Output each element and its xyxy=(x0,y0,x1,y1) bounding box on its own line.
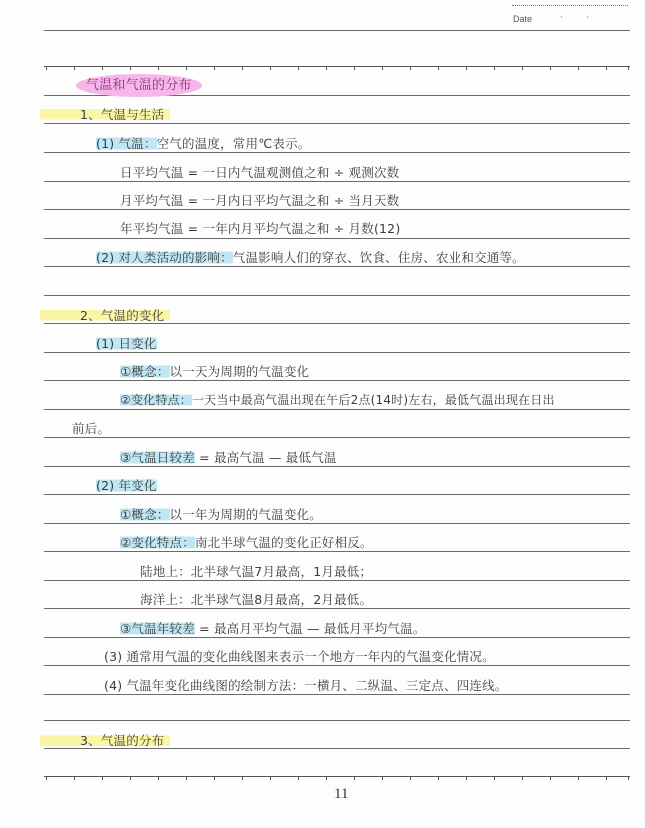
tick-marks xyxy=(44,776,630,780)
formula-text: 年平均气温 = 一年内月平均气温之和 ÷ 月数(12) xyxy=(120,221,400,236)
note-line: ①概念：以一年为周期的气温变化。 xyxy=(120,507,322,522)
rule-line xyxy=(44,720,630,721)
rule-line xyxy=(44,494,630,495)
note-line: (1) 气温：空气的温度，常用℃表示。 xyxy=(96,136,311,151)
note-text: = 最高气温 — 最低气温 xyxy=(195,450,337,465)
term-label: ②变化特点： xyxy=(120,393,192,407)
note-text: (3) 通常用气温的变化曲线图来表示一个地方一年内的气温变化情况。 xyxy=(104,649,495,664)
note-text: 一天当中最高气温出现在午后2点(14时)左右，最低气温出现在日出 xyxy=(192,393,555,407)
note-line: 陆地上：北半球气温7月最高，1月最低； xyxy=(140,564,372,579)
rule-line xyxy=(44,238,630,239)
note-text: = 最高月平均气温 — 最低月平均气温。 xyxy=(195,621,426,636)
note-text: (4) 气温年变化曲线图的绘制方法：一横月、二纵温、三定点、四连线。 xyxy=(104,678,507,693)
note-line: (2) 对人类活动的影响：气温影响人们的穿衣、饮食、住房、农业和交通等。 xyxy=(96,250,525,265)
rule-line xyxy=(44,266,630,267)
heading-text: 1、气温与生活 xyxy=(40,107,170,122)
note-text: 前后。 xyxy=(72,421,110,436)
note-text: 以一年为周期的气温变化。 xyxy=(170,507,322,522)
tick-marks xyxy=(44,66,630,70)
rule-line xyxy=(44,380,630,381)
note-text: 南北半球气温的变化正好相反。 xyxy=(195,535,373,550)
title-text: 气温和气温的分布 xyxy=(76,74,202,97)
rule-line xyxy=(44,523,630,524)
heading-text: 3、气温的分布 xyxy=(40,733,170,748)
rule-line xyxy=(44,694,630,695)
note-text: 气温影响人们的穿衣、饮食、住房、农业和交通等。 xyxy=(233,250,525,265)
rule-line xyxy=(44,181,630,182)
rule-line xyxy=(44,608,630,609)
term-label: ②变化特点： xyxy=(120,535,195,550)
date-separator: · xyxy=(560,13,563,23)
note-text: 陆地上：北半球气温7月最高，1月最低； xyxy=(140,564,372,579)
term-label: (1) 气温： xyxy=(96,136,157,151)
rule-line xyxy=(44,295,630,296)
note-line: (3) 通常用气温的变化曲线图来表示一个地方一年内的气温变化情况。 xyxy=(104,649,495,664)
rule-line xyxy=(44,437,630,438)
note-line: (4) 气温年变化曲线图的绘制方法：一横月、二纵温、三定点、四连线。 xyxy=(104,678,507,693)
note-line: ②变化特点：南北半球气温的变化正好相反。 xyxy=(120,535,373,550)
note-text: 以一天为周期的气温变化 xyxy=(170,364,310,379)
date-dotted-line xyxy=(512,5,628,6)
section-heading: 3、气温的分布 xyxy=(80,733,170,748)
note-line: ③气温日较差 = 最高气温 — 最低气温 xyxy=(120,450,337,465)
section-heading: 2、气温的变化 xyxy=(80,308,170,323)
rule-line xyxy=(44,30,630,31)
note-line: ②变化特点：一天当中最高气温出现在午后2点(14时)左右，最低气温出现在日出 xyxy=(120,393,555,408)
note-line: ③气温年较差 = 最高月平均气温 — 最低月平均气温。 xyxy=(120,621,426,636)
section-heading: 1、气温与生活 xyxy=(80,107,170,122)
rule-line xyxy=(44,323,630,324)
term-label: ③气温日较差 xyxy=(120,450,195,465)
rule-line xyxy=(44,352,630,353)
sub-heading-text: (1) 日变化 xyxy=(96,336,157,351)
rule-line xyxy=(44,209,630,210)
formula-text: 日平均气温 = 一日内气温观测值之和 ÷ 观测次数 xyxy=(120,165,399,180)
term-label: ①概念： xyxy=(120,364,170,379)
rule-line xyxy=(44,580,630,581)
rule-line xyxy=(44,409,630,410)
heading-text: 2、气温的变化 xyxy=(40,308,170,323)
sub-heading: (2) 年变化 xyxy=(96,478,157,493)
sub-heading-text: (2) 年变化 xyxy=(96,478,157,493)
note-line-continued: 前后。 xyxy=(72,421,110,436)
term-label: (2) 对人类活动的影响： xyxy=(96,250,233,265)
page-title: 气温和气温的分布 xyxy=(76,78,202,93)
sub-heading: (1) 日变化 xyxy=(96,336,157,351)
rule-line xyxy=(44,748,630,749)
date-label: Date xyxy=(513,14,532,24)
rule-line xyxy=(44,123,630,124)
term-label: ①概念： xyxy=(120,507,170,522)
rule-line xyxy=(44,551,630,552)
note-line: 海洋上：北半球气温8月最高，2月最低。 xyxy=(140,592,372,607)
note-text: 空气的温度，常用℃表示。 xyxy=(157,136,311,151)
page-number: 11 xyxy=(334,786,348,803)
rule-line xyxy=(44,152,630,153)
formula-line: 年平均气温 = 一年内月平均气温之和 ÷ 月数(12) xyxy=(120,221,400,236)
rule-line xyxy=(44,637,630,638)
term-label: ③气温年较差 xyxy=(120,621,195,636)
rule-line xyxy=(44,665,630,666)
formula-line: 日平均气温 = 一日内气温观测值之和 ÷ 观测次数 xyxy=(120,165,399,180)
formula-text: 月平均气温 = 一月内日平均气温之和 ÷ 当月天数 xyxy=(120,193,399,208)
rule-line xyxy=(44,466,630,467)
note-line: ①概念：以一天为周期的气温变化 xyxy=(120,364,309,379)
note-text: 海洋上：北半球气温8月最高，2月最低。 xyxy=(140,592,372,607)
date-separator: · xyxy=(586,13,589,23)
formula-line: 月平均气温 = 一月内日平均气温之和 ÷ 当月天数 xyxy=(120,193,399,208)
